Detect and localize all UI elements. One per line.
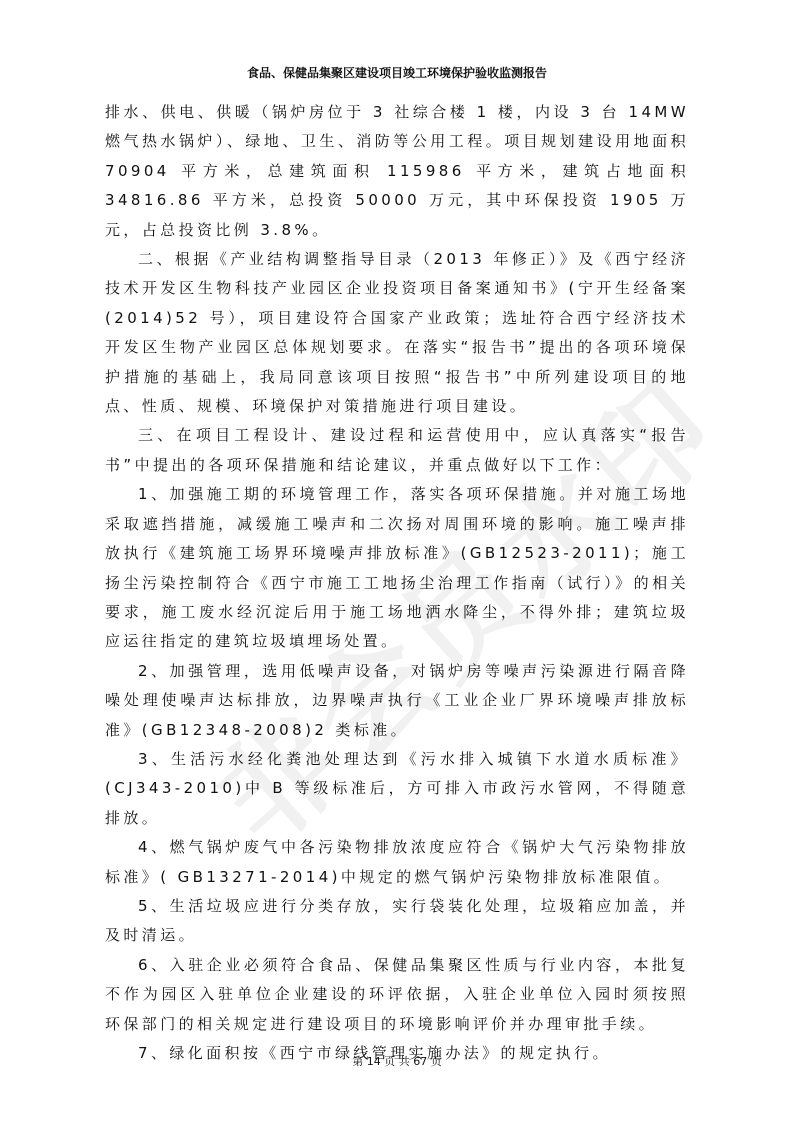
paragraph-item-5: 5、生活垃圾应进行分类存放，实行袋装化处理，垃圾箱应加盖，并及时清运。 xyxy=(105,892,689,951)
paragraph-item-4: 4、燃气锅炉废气中各污染物排放浓度应符合《锅炉大气污染物排放标准》( GB132… xyxy=(105,833,689,892)
paragraph-continuation: 排水、供电、供暖（锅炉房位于 3 社综合楼 1 楼，内设 3 台 14MW 燃气… xyxy=(105,98,689,245)
page-header: 食品、保健品集聚区建设项目竣工环境保护验收监测报告 xyxy=(0,64,794,82)
paragraph-section-2: 二、根据《产业结构调整指导目录（2013 年修正）》及《西宁经济技术开发区生物科… xyxy=(105,245,689,421)
paragraph-section-3: 三、在项目工程设计、建设过程和运营使用中，应认真落实“报告书”中提出的各项环保措… xyxy=(105,421,689,480)
report-title: 食品、保健品集聚区建设项目竣工环境保护验收监测报告 xyxy=(247,66,547,80)
page-number: 第 14 页 共 67 页 xyxy=(352,1055,441,1068)
paragraph-item-6: 6、入驻企业必须符合食品、保健品集聚区性质与行业内容，本批复不作为园区入驻单位企… xyxy=(105,951,689,1039)
paragraph-item-3: 3、生活污水经化粪池处理达到《污水排入城镇下水道水质标准》(CJ343-2010… xyxy=(105,745,689,833)
page-footer: 第 14 页 共 67 页 xyxy=(0,1054,794,1070)
document-body: 排水、供电、供暖（锅炉房位于 3 社综合楼 1 楼，内设 3 台 14MW 燃气… xyxy=(105,98,689,1068)
paragraph-item-2: 2、加强管理，选用低噪声设备，对锅炉房等噪声污染源进行隔音降噪处理使噪声达标排放… xyxy=(105,657,689,745)
paragraph-item-1: 1、加强施工期的环境管理工作，落实各项环保措施。并对施工场地采取遮挡措施，减缓施… xyxy=(105,480,689,656)
